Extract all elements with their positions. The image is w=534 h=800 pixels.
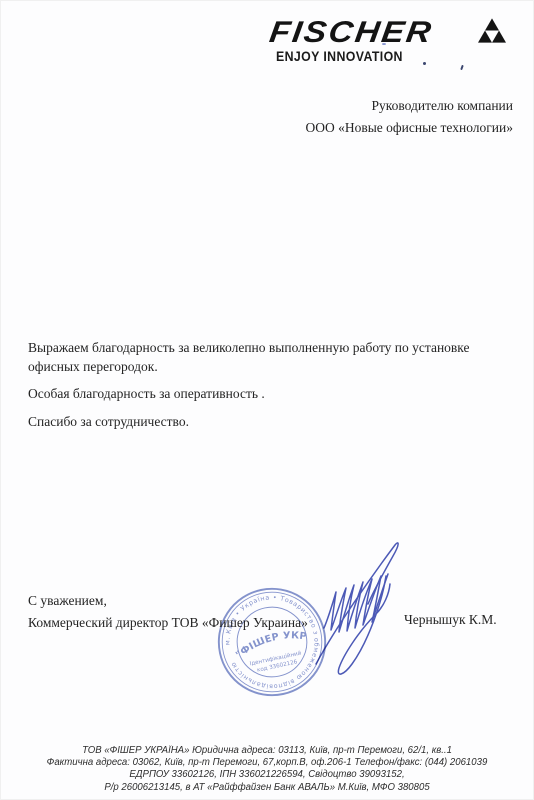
footer-line-registration: ЕДРПОУ 33602126, ІПН 336021226594, Свідо… <box>5 769 528 781</box>
ink-speck <box>382 43 386 45</box>
footer-requisites: ТОВ «ФІШЕР УКРАЇНА» Юридична адреса: 031… <box>5 745 528 794</box>
addressee-company: ООО «Новые офисные технологии» <box>305 117 513 139</box>
addressee-block: Руководителю компании ООО «Новые офисные… <box>305 95 513 138</box>
ink-speck <box>460 65 464 70</box>
letterhead: FISCHER ENJOY INNOVATION <box>270 14 510 66</box>
footer-line-legal-address: ТОВ «ФІШЕР УКРАЇНА» Юридична адреса: 031… <box>5 745 528 757</box>
handwritten-signature <box>296 532 410 680</box>
body-paragraph-3: Спасибо за сотрудничество. <box>28 413 506 432</box>
ink-speck <box>423 62 426 65</box>
signatory-name: Чернышук К.М. <box>404 612 497 628</box>
brand-tagline: ENJOY INNOVATION <box>276 48 403 64</box>
footer-line-bank: Р/р 26006213145, в АТ «Райффайзен Банк А… <box>5 782 528 794</box>
fischer-triangle-icon <box>478 18 506 43</box>
footer-line-actual-address: Фактична адреса: 03062, Київ, пр-т Перем… <box>5 757 528 769</box>
letter-page: FISCHER ENJOY INNOVATION Руководителю ко… <box>0 0 534 800</box>
addressee-role: Руководителю компании <box>305 95 513 117</box>
body-paragraph-2: Особая благодарность за оперативность . <box>28 385 506 404</box>
fischer-logo-wordmark: FISCHER <box>267 16 435 50</box>
letter-body: Выражаем благодарность за великолепно вы… <box>28 339 506 440</box>
body-paragraph-1: Выражаем благодарность за великолепно вы… <box>28 339 506 376</box>
